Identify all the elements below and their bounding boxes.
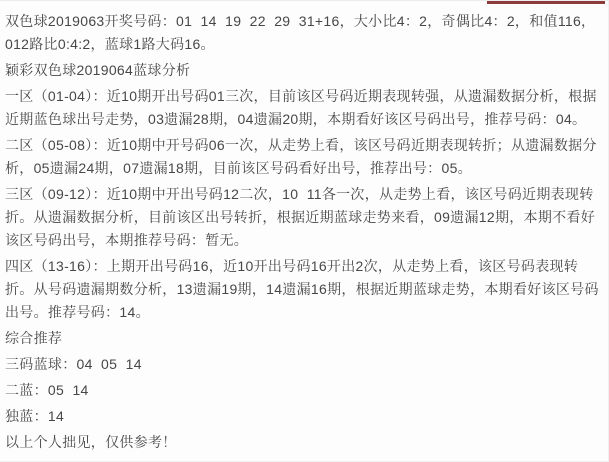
- draw-result-text: 双色球2019063开奖号码：01 14 19 22 29 31+16，大小比4…: [5, 10, 602, 56]
- recommendation-single-blue: 独蓝：14: [5, 405, 602, 428]
- lottery-analysis-article: 双色球2019063开奖号码：01 14 19 22 29 31+16，大小比4…: [0, 1, 608, 454]
- disclaimer-text: 以上个人拙见，仅供参考！: [5, 431, 602, 454]
- zone-paragraph-3: 三区（09-12）：近10期中开出号码12二次，10 11各一次，从走势上看，该…: [5, 183, 602, 252]
- article-page: 双色球2019063开奖号码：01 14 19 22 29 31+16，大小比4…: [0, 0, 609, 462]
- summary-heading: 综合推荐: [5, 327, 602, 350]
- recommendation-three-blue: 三码蓝球：04 05 14: [5, 353, 602, 376]
- zone-paragraph-1: 一区（01-04）：近10期开出号码01三次，目前该区号码近期表现转强，从遗漏数…: [5, 85, 602, 131]
- analysis-title: 颖彩双色球2019064蓝球分析: [5, 59, 602, 82]
- top-accent-bar: [487, 1, 605, 4]
- recommendation-two-blue: 二蓝：05 14: [5, 379, 602, 402]
- zone-paragraph-2: 二区（05-08）：近10期中开号码06一次，从走势上看，该区号码近期表现转折；…: [5, 134, 602, 180]
- zone-paragraph-4: 四区（13-16）：上期开出号码16，近10开出号码16开出2次，从走势上看，该…: [5, 255, 602, 324]
